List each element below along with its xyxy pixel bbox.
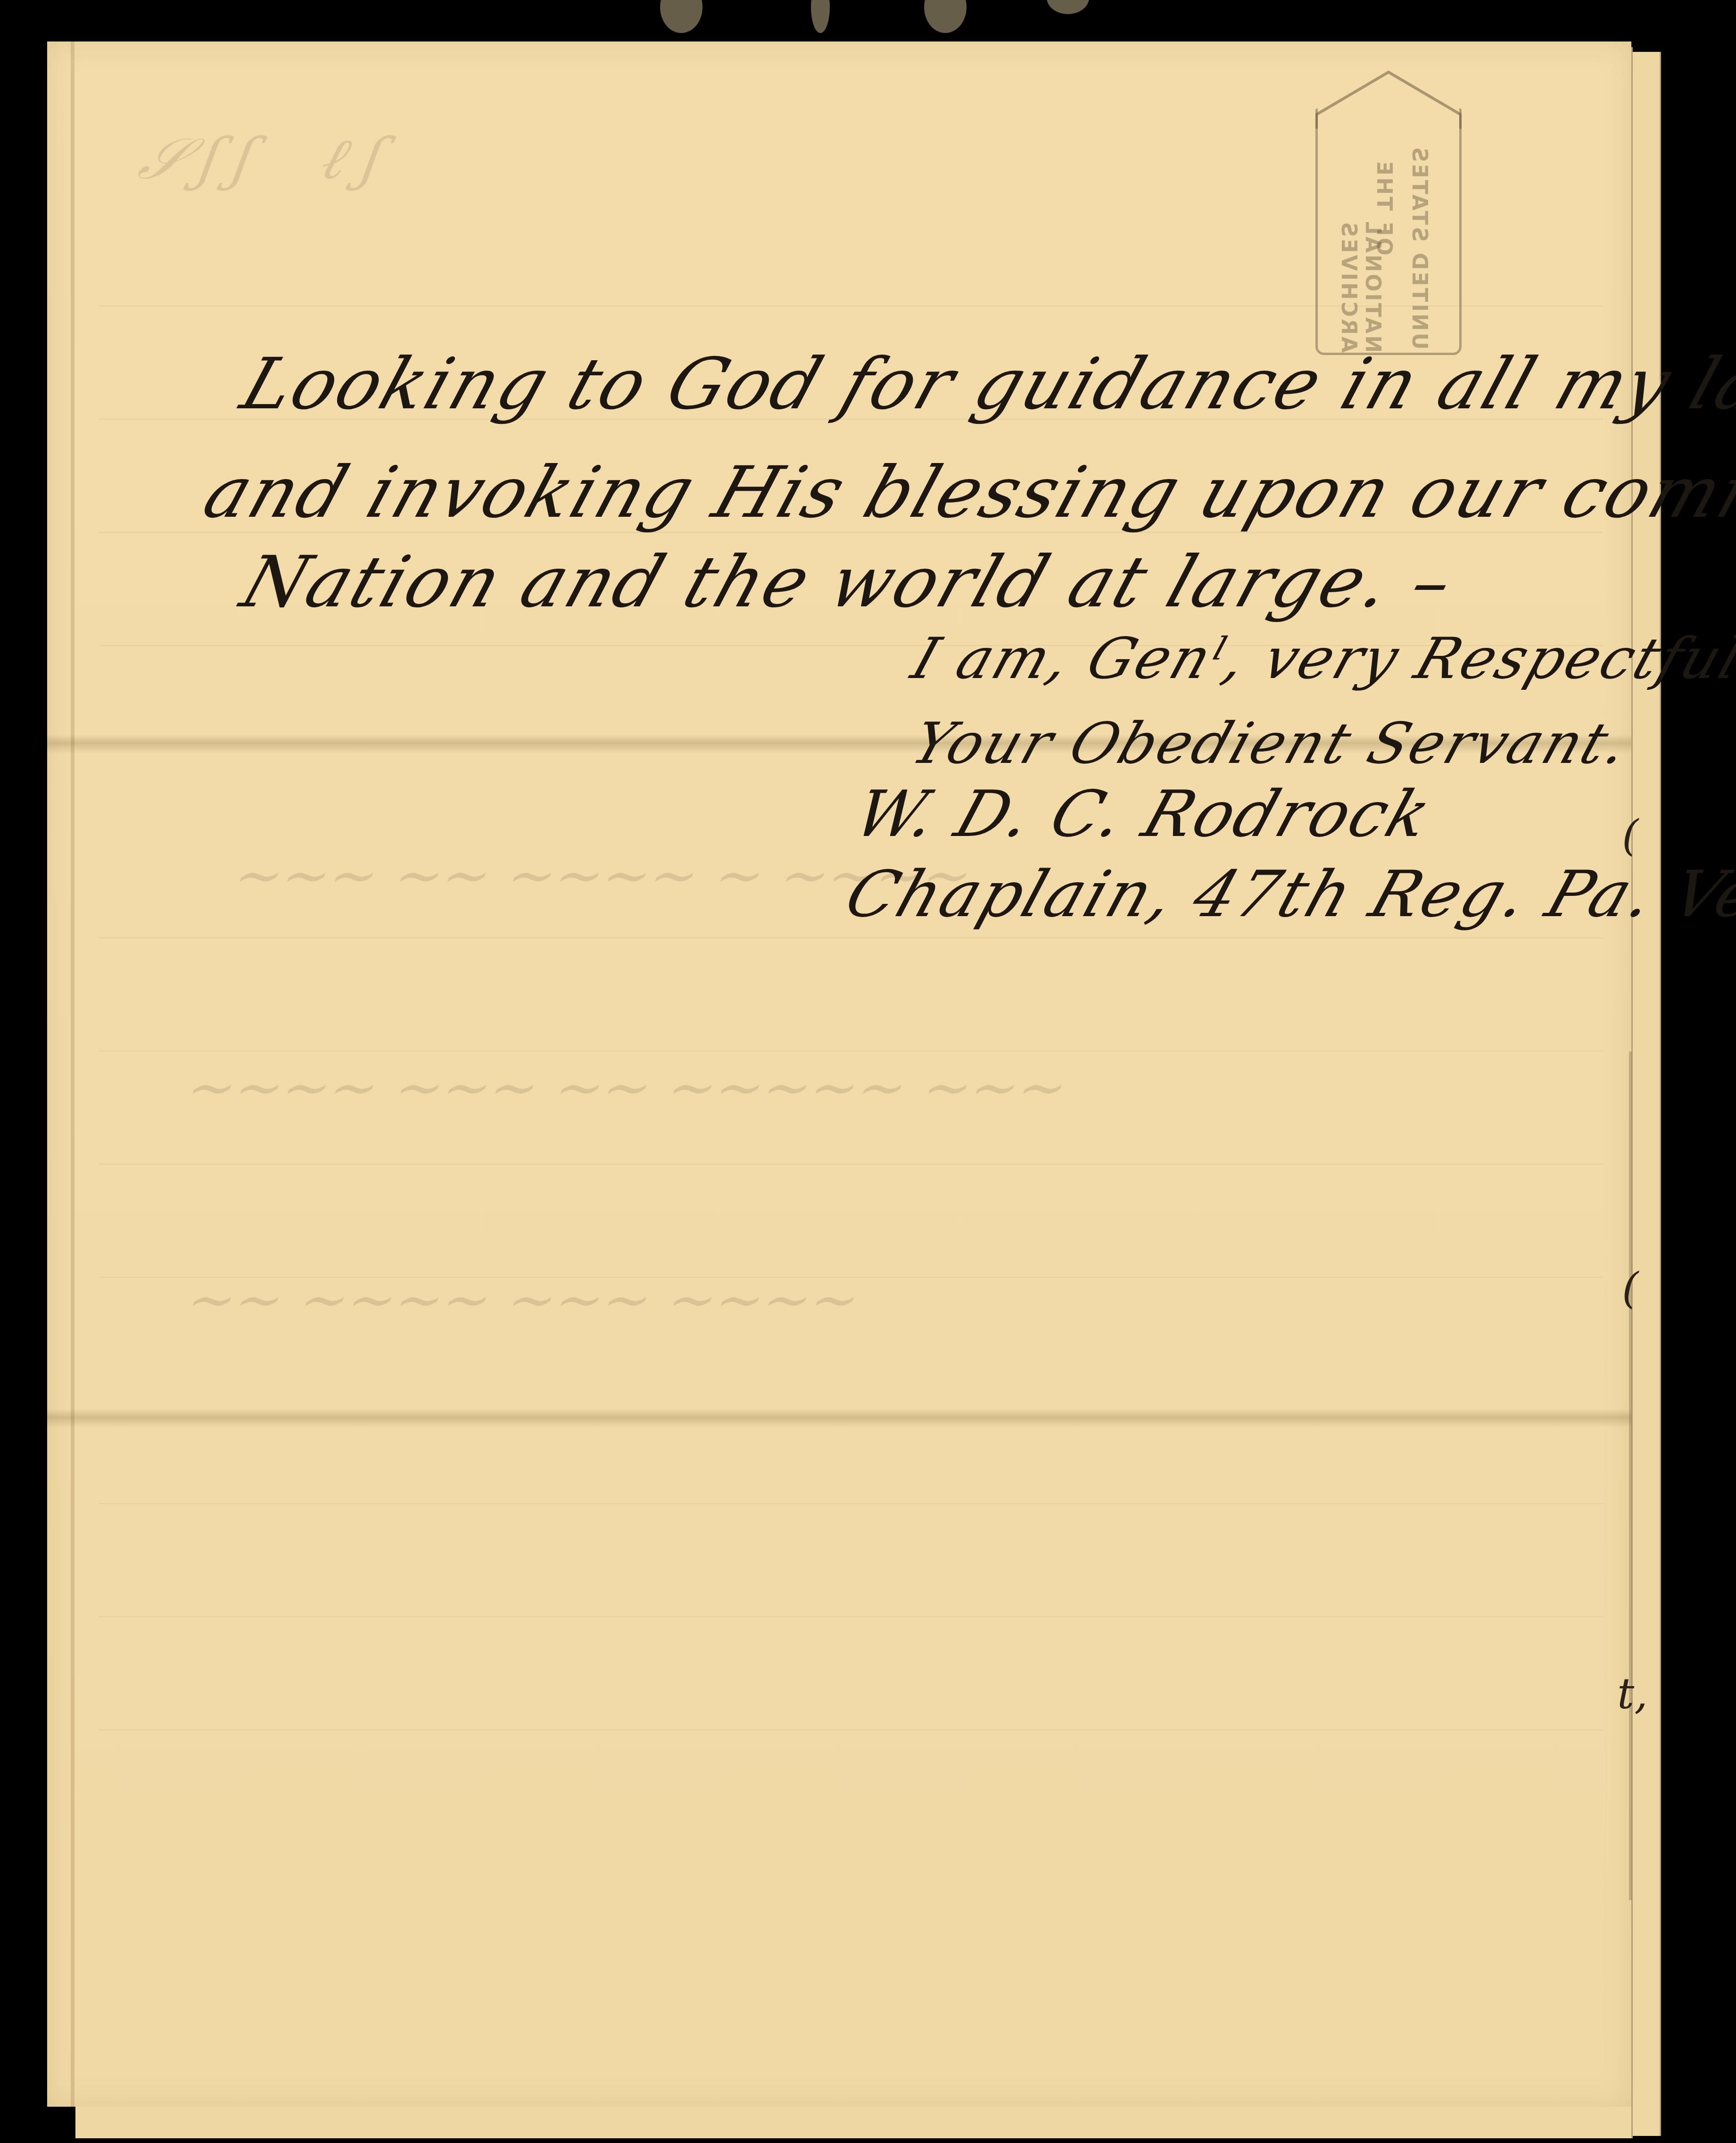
binding-hole <box>811 0 830 33</box>
scan-top-border <box>0 0 1736 42</box>
closing-line: I am, Genˡ, very Respectfully, <box>904 626 1736 692</box>
letter-page: 𝒮 ʃ ʃ ℓ ʃ ~~~ ~~ ~~~~ ~ ~~~~ ~~~~ ~~~ ~~… <box>47 41 1631 2107</box>
ruled-line <box>99 1051 1603 1051</box>
bleed-through-text: ~~ ~~~~ ~~~ ~~~~ <box>178 1267 869 1333</box>
letter-body-line: Nation and the world at large. – <box>232 541 1465 623</box>
stamp-line: UNITED STATES <box>1407 145 1431 350</box>
letter-body-line: Looking to God for guidance in all my la… <box>232 343 1736 425</box>
bleed-through-text: ~~~~ ~~~ ~~ ~~~~~ ~~~ <box>178 1055 1077 1121</box>
signature: W. D. C. Rodrock <box>846 777 1441 851</box>
ruled-line <box>99 937 1603 938</box>
ruled-line <box>99 1164 1603 1165</box>
margin-mark: t, <box>1617 1669 1648 1719</box>
ruled-line <box>99 1616 1603 1617</box>
ruled-line <box>99 1729 1603 1730</box>
fold-crease <box>47 1409 1631 1428</box>
binding-hole <box>1047 0 1089 14</box>
binding-hole <box>924 0 967 33</box>
margin-mark: ( <box>1622 811 1638 861</box>
binding-hole <box>660 0 703 33</box>
sheet-edge-line <box>1629 1051 1632 1900</box>
closing-line: Your Obedient Servant. <box>904 711 1638 777</box>
stamp-line: NATIONAL ARCHIVES <box>1337 183 1385 353</box>
archive-stamp: UNITED STATES OF THE NATIONAL ARCHIVES <box>1315 126 1462 355</box>
bleed-through-text: 𝒮 ʃ ʃ ℓ ʃ <box>131 126 391 192</box>
ruled-line <box>99 1503 1603 1504</box>
signature-title: Chaplain, 47th Reg. Pa. Vet. Vols. <box>836 857 1736 931</box>
stamp-roof-icon <box>1315 70 1462 129</box>
margin-mark: ( <box>1622 1264 1638 1313</box>
letter-body-line: and invoking His blessing upon our comma… <box>194 452 1736 534</box>
